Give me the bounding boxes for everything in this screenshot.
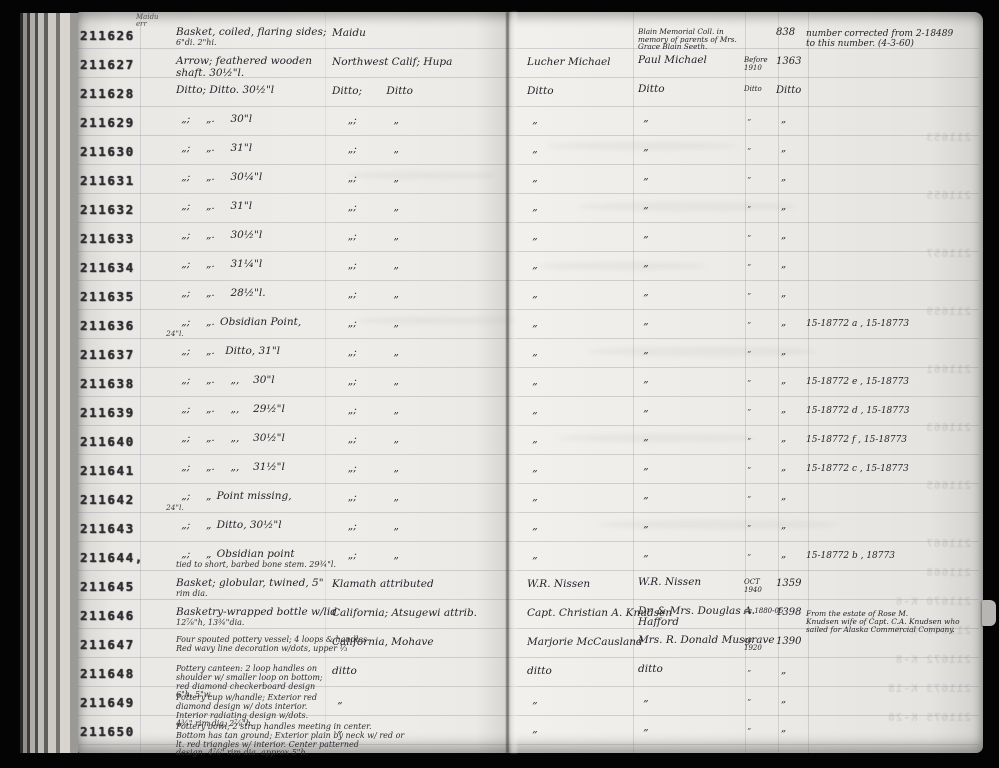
- catalog-number-stamp: 211649: [80, 695, 135, 710]
- catalog-number-stamp: 211633: [80, 231, 135, 246]
- description-cell: „; „. 31"l: [176, 201, 252, 213]
- catalog-number-stamp: 211627: [80, 57, 135, 72]
- locality-cell: „; „: [332, 201, 399, 213]
- catalog-number-stamp: 211637: [80, 347, 135, 362]
- collector-cell: „: [527, 143, 538, 155]
- donor-cell: Blain Memorial Coll. in memory of parent…: [638, 26, 737, 51]
- locality-cell: „; „: [332, 433, 399, 445]
- date-cell: „: [744, 434, 751, 442]
- description-text: „; „. „, 29½"l: [176, 404, 285, 416]
- catalog-number-stamp: 211630: [80, 144, 135, 159]
- remarks-cell: 15-18772 a , 15-18773: [806, 320, 909, 330]
- description-text: Basket; globular, twined, 5": [176, 578, 324, 590]
- date-cell: „: [744, 550, 751, 558]
- catalog-number-stamp: 211634: [80, 260, 135, 275]
- accession-number-cell: 838: [776, 27, 795, 38]
- accession-number-cell: „: [776, 404, 786, 415]
- date-cell: „: [744, 463, 751, 471]
- accession-number-cell: „: [776, 172, 786, 183]
- description-cell: Basketry-wrapped bottle w/lid 12⅞"h, 13¾…: [176, 607, 337, 627]
- collector-cell: „: [527, 317, 538, 329]
- collector-cell: „: [527, 694, 538, 706]
- donor-cell: „: [638, 461, 649, 474]
- collector-cell: Lucher Michael: [527, 56, 611, 68]
- locality-cell: California, Mohave: [332, 636, 434, 648]
- collector-cell: ditto: [527, 665, 552, 677]
- ledger-row: 211638 „; „. „, 30"l „; „ „ „ „ „ 15-187…: [0, 374, 999, 403]
- catalog-number-stamp: 211632: [80, 202, 135, 217]
- collector-cell: „: [527, 549, 538, 561]
- donor-text: „: [638, 171, 649, 182]
- description-detail-text: 6"di. 2"hi.: [176, 39, 326, 48]
- collector-cell: „: [527, 520, 538, 532]
- description-cell: „; „. 30"l: [176, 114, 252, 126]
- pencil-annotation: 24"l.: [166, 503, 184, 512]
- accession-number-cell: 1363: [776, 56, 801, 67]
- description-text: Ditto; Ditto. 30½"l: [176, 85, 274, 97]
- description-cell: „; „. 30½"l: [176, 230, 262, 242]
- ledger-row: 211650 Pottery bowl; 2 strap handles mee…: [0, 722, 999, 751]
- collector-cell: „: [527, 491, 538, 503]
- locality-cell: „; „: [332, 317, 399, 329]
- catalog-number-stamp: 211642: [80, 492, 135, 507]
- catalog-number-stamp: 211650: [80, 724, 135, 739]
- accession-number-cell: Ditto: [776, 85, 801, 96]
- donor-cell: „: [638, 345, 649, 358]
- collector-cell: „: [527, 346, 538, 358]
- accession-number-cell: „: [776, 346, 786, 357]
- ledger-rows: 211626 Maidu err Basket, coiled, flaring…: [0, 0, 999, 768]
- catalog-number-stamp: 211635: [80, 289, 135, 304]
- date-cell: „: [744, 695, 751, 703]
- donor-cell: „: [638, 432, 649, 445]
- locality-cell: „; „: [332, 172, 399, 184]
- ledger-row: 211626 Maidu err Basket, coiled, flaring…: [0, 26, 999, 55]
- catalog-number-stamp: 211636: [80, 318, 135, 333]
- ledger-row: 211639 „; „. „, 29½"l „; „ „ „ „ „ 15-18…: [0, 403, 999, 432]
- donor-cell: „: [638, 316, 649, 329]
- donor-cell: „: [638, 403, 649, 416]
- ledger-row: 211629 „; „. 30"l „; „ „ „ „ „: [0, 113, 999, 142]
- date-cell: „: [744, 492, 751, 500]
- date-cell: „: [744, 666, 751, 674]
- collector-cell: „: [527, 433, 538, 445]
- collector-cell: „: [527, 375, 538, 387]
- donor-cell: „: [638, 374, 649, 387]
- donor-cell: ditto: [638, 664, 663, 677]
- ledger-row: 211643 „; „ Ditto, 30½"l „; „ „ „ „ „: [0, 519, 999, 548]
- ledger-row: 211627 Arrow; feathered wooden shaft. 30…: [0, 55, 999, 84]
- accession-number-cell: 1390: [776, 636, 801, 647]
- donor-text: Ditto: [638, 84, 665, 95]
- remarks-cell: 15-18772 f , 15-18773: [806, 436, 907, 446]
- date-cell: OCT 1940: [744, 579, 762, 594]
- catalog-number-stamp: 211645: [80, 579, 135, 594]
- locality-cell: „; „: [332, 549, 399, 561]
- donor-text: „: [638, 490, 649, 501]
- accession-number-cell: „: [776, 665, 786, 676]
- description-cell: „; „. Obsidian Point,: [176, 317, 301, 329]
- accession-number-cell: „: [776, 259, 786, 270]
- accession-number-cell: 1359: [776, 578, 801, 589]
- description-text: „; „. „, 30½"l: [176, 433, 285, 445]
- description-cell: „; „ Obsidian point tied to short, barbe…: [176, 549, 336, 569]
- catalog-number-stamp: 211631: [80, 173, 135, 188]
- ledger-row: 211633 „; „. 30½"l „; „ „ „ „ „: [0, 229, 999, 258]
- ledger-row: 211642 24"l. „; „ Point missing, „; „ „ …: [0, 490, 999, 519]
- description-detail-text: 12⅞"h, 13¾"dia.: [176, 619, 337, 628]
- catalog-number-stamp: 211641: [80, 463, 135, 478]
- description-cell: Basket, coiled, flaring sides; 6"di. 2"h…: [176, 27, 326, 47]
- donor-cell: „: [638, 171, 649, 184]
- accession-number-cell: „: [776, 462, 786, 473]
- description-text: „; „. 28½"l.: [176, 288, 266, 300]
- description-text: „; „. 31"l: [176, 143, 252, 155]
- donor-cell: „: [638, 258, 649, 271]
- description-cell: „; „. „, 31½"l: [176, 462, 285, 474]
- date-cell: „: [744, 115, 751, 123]
- description-cell: „; „. Ditto, 31"l: [176, 346, 280, 358]
- donor-cell: „: [638, 113, 649, 126]
- donor-cell: „: [638, 287, 649, 300]
- date-cell: „: [744, 231, 751, 239]
- collector-cell: W.R. Nissen: [527, 578, 590, 590]
- accession-number-cell: „: [776, 375, 786, 386]
- donor-text: „: [638, 548, 649, 559]
- donor-text: ditto: [638, 664, 663, 675]
- donor-text: „: [638, 403, 649, 414]
- description-text: „; „. Obsidian Point,: [176, 317, 301, 329]
- donor-cell: Ditto: [638, 84, 665, 97]
- collector-cell: „: [527, 201, 538, 213]
- description-text: Basketry-wrapped bottle w/lid: [176, 607, 337, 619]
- date-cell: „: [744, 347, 751, 355]
- ledger-row: 211632 „; „. 31"l „; „ „ „ „ „: [0, 200, 999, 229]
- description-text: Arrow; feathered wooden shaft. 30½"l.: [176, 56, 312, 79]
- ledger-row: 211647 Four spouted pottery vessel; 4 lo…: [0, 635, 999, 664]
- ledger-row: 211634 „; „. 31¼"l „; „ „ „ „ „: [0, 258, 999, 287]
- ledger-row: 211630 „; „. 31"l „; „ „ „ „ „: [0, 142, 999, 171]
- catalog-number-stamp: 211644,: [80, 550, 144, 565]
- donor-text: „: [638, 142, 649, 153]
- donor-text: „: [638, 722, 649, 733]
- ledger-row: 211628 Ditto; Ditto. 30½"l Ditto; Ditto …: [0, 84, 999, 113]
- donor-note-text: Blain Memorial Coll. in memory of parent…: [638, 28, 737, 51]
- donor-text: „: [638, 258, 649, 269]
- catalog-number-stamp: 211646: [80, 608, 135, 623]
- date-cell: „: [744, 173, 751, 181]
- locality-cell: Klamath attributed: [332, 578, 434, 590]
- accession-number-cell: „: [776, 491, 786, 502]
- pencil-annotation: Maidu err: [136, 14, 159, 28]
- date-cell: „: [744, 521, 751, 529]
- remarks-text: 15-18772 e , 15-18773: [806, 378, 909, 388]
- description-cell: „; „. 30¼"l: [176, 172, 262, 184]
- description-text: „; „. „, 30"l: [176, 375, 275, 387]
- donor-cell: „: [638, 519, 649, 532]
- catalog-number-stamp: 211629: [80, 115, 135, 130]
- donor-text: „: [638, 316, 649, 327]
- collector-cell: „: [527, 723, 538, 735]
- date-cell: „: [744, 405, 751, 413]
- collector-cell: „: [527, 172, 538, 184]
- donor-cell: W.R. Nissen: [638, 577, 701, 590]
- locality-cell: „: [332, 723, 343, 735]
- ledger-row: 211644, „; „ Obsidian point tied to shor…: [0, 548, 999, 577]
- collector-cell: Marjorie McCausland: [527, 636, 643, 648]
- description-text: „; „. 30½"l: [176, 230, 262, 242]
- description-detail-text: tied to short, barbed bone stem. 29¾"l.: [176, 561, 336, 570]
- description-text: „; „. „, 31½"l: [176, 462, 285, 474]
- donor-text: „: [638, 519, 649, 530]
- description-cell: „; „ Point missing,: [176, 491, 292, 503]
- description-text: „; „ Point missing,: [176, 491, 292, 503]
- remarks-cell: 15-18772 e , 15-18773: [806, 378, 909, 388]
- pencil-annotation: 24"l.: [166, 329, 184, 338]
- locality-cell: „; „: [332, 114, 399, 126]
- donor-cell: „: [638, 722, 649, 735]
- description-text: „; „. 30¼"l: [176, 172, 262, 184]
- locality-cell: California; Atsugewi attrib.: [332, 607, 477, 619]
- catalog-number-stamp: 211648: [80, 666, 135, 681]
- donor-text: W.R. Nissen: [638, 577, 701, 588]
- description-cell: „; „. 28½"l.: [176, 288, 266, 300]
- collector-cell: „: [527, 259, 538, 271]
- accession-number-cell: „: [776, 694, 786, 705]
- donor-text: „: [638, 461, 649, 472]
- catalog-number-stamp: 211647: [80, 637, 135, 652]
- date-cell: „: [744, 724, 751, 732]
- collector-cell: Ditto: [527, 85, 554, 97]
- catalog-number-stamp: 211643: [80, 521, 135, 536]
- accession-number-cell: „: [776, 549, 786, 560]
- locality-cell: „; „: [332, 491, 399, 503]
- donor-cell: „: [638, 142, 649, 155]
- description-cell: „; „. „, 30½"l: [176, 433, 285, 445]
- locality-cell: Northwest Calif; Hupa: [332, 56, 452, 68]
- locality-cell: ditto: [332, 665, 357, 677]
- donor-text: „: [638, 374, 649, 385]
- catalog-number-stamp: 211626: [80, 28, 135, 43]
- donor-cell: Paul Michael: [638, 55, 707, 68]
- remarks-text: number corrected from 2-18489 to this nu…: [806, 30, 953, 49]
- ledger-row: 211641 „; „. „, 31½"l „; „ „ „ „ „ 15-18…: [0, 461, 999, 490]
- description-text: „; „ Ditto, 30½"l: [176, 520, 282, 532]
- locality-cell: „; „: [332, 346, 399, 358]
- locality-cell: „; „: [332, 462, 399, 474]
- locality-cell: „; „: [332, 259, 399, 271]
- description-cell: Basket; globular, twined, 5" rim dia.: [176, 578, 324, 598]
- donor-cell: „: [638, 693, 649, 706]
- description-detail-text: rim dia.: [176, 590, 324, 599]
- locality-cell: „; „: [332, 404, 399, 416]
- accession-number-cell: „: [776, 114, 786, 125]
- locality-cell: „; „: [332, 288, 399, 300]
- description-cell: Pottery bowl; 2 strap handles meeting in…: [176, 723, 404, 758]
- locality-cell: Maidu: [332, 27, 366, 39]
- remarks-cell: 15-18772 d , 15-18773: [806, 407, 909, 417]
- donor-cell: „: [638, 548, 649, 561]
- ledger-row: 211637 „; „. Ditto, 31"l „; „ „ „ „ „: [0, 345, 999, 374]
- donor-text: Dr. & Mrs. Douglas A. Hafford: [638, 606, 755, 628]
- donor-text: „: [638, 287, 649, 298]
- date-cell: „: [744, 318, 751, 326]
- accession-number-cell: „: [776, 520, 786, 531]
- catalog-number-stamp: 211640: [80, 434, 135, 449]
- description-text: „; „. Ditto, 31"l: [176, 346, 280, 358]
- locality-cell: Ditto; Ditto: [332, 85, 413, 97]
- accession-number-cell: „: [776, 230, 786, 241]
- description-cell: „; „ Ditto, 30½"l: [176, 520, 282, 532]
- remarks-note-text: From the estate of Rose M. Knudsen wife …: [806, 610, 960, 634]
- description-cell: „; „. 31"l: [176, 143, 252, 155]
- locality-cell: „: [332, 694, 343, 706]
- donor-text: „: [638, 432, 649, 443]
- description-text: „; „. 30"l: [176, 114, 252, 126]
- description-text: „; „. 31"l: [176, 201, 252, 213]
- accession-number-cell: „: [776, 201, 786, 212]
- catalog-number-stamp: 211628: [80, 86, 135, 101]
- donor-text: „: [638, 345, 649, 356]
- locality-cell: „; „: [332, 375, 399, 387]
- donor-text: „: [638, 200, 649, 211]
- locality-cell: „; „: [332, 230, 399, 242]
- ledger-row: 211640 „; „. „, 30½"l „; „ „ „ „ „ 15-18…: [0, 432, 999, 461]
- donor-cell: „: [638, 490, 649, 503]
- collector-cell: „: [527, 230, 538, 242]
- description-text: Basket, coiled, flaring sides;: [176, 27, 326, 39]
- description-cell: „; „. 31¼"l: [176, 259, 262, 271]
- remarks-text: 15-18772 d , 15-18773: [806, 407, 909, 417]
- description-text: „; „. 31¼"l: [176, 259, 262, 271]
- locality-cell: „; „: [332, 520, 399, 532]
- date-cell: Ditto: [744, 86, 762, 94]
- donor-text: „: [638, 113, 649, 124]
- remarks-text: 15-18772 c , 15-18773: [806, 465, 909, 475]
- remarks-text: 15-18772 f , 15-18773: [806, 436, 907, 446]
- ledger-row: 211635 „; „. 28½"l. „; „ „ „ „ „: [0, 287, 999, 316]
- date-cell: „: [744, 376, 751, 384]
- ledger-row: 211649 Pottery cup w/handle; Exterior re…: [0, 693, 999, 722]
- description-cell: Ditto; Ditto. 30½"l: [176, 85, 274, 97]
- description-cell: „; „. „, 30"l: [176, 375, 275, 387]
- description-cell: Arrow; feathered wooden shaft. 30½"l.: [176, 56, 312, 79]
- remarks-text: 15-18772 b , 18773: [806, 552, 895, 562]
- remarks-cell: number corrected from 2-18489 to this nu…: [806, 30, 953, 49]
- date-cell: „: [744, 260, 751, 268]
- donor-cell: Dr. & Mrs. Douglas A. Hafford: [638, 606, 755, 630]
- remarks-cell: From the estate of Rose M. Knudsen wife …: [806, 610, 960, 634]
- accession-number-cell: 1398: [776, 607, 801, 618]
- date-cell: ca. 1920: [744, 637, 762, 652]
- remarks-cell: 15-18772 b , 18773: [806, 552, 895, 562]
- collector-cell: „: [527, 288, 538, 300]
- ledger-photo: 211626 Maidu err Basket, coiled, flaring…: [0, 0, 999, 768]
- accession-number-cell: „: [776, 723, 786, 734]
- date-cell: „: [744, 202, 751, 210]
- description-detail-text: Pottery bowl; 2 strap handles meeting in…: [176, 723, 404, 758]
- collector-cell: „: [527, 404, 538, 416]
- catalog-number-stamp: 211638: [80, 376, 135, 391]
- date-cell: „: [744, 144, 751, 152]
- donor-text: „: [638, 229, 649, 240]
- accession-number-cell: „: [776, 317, 786, 328]
- catalog-number-stamp: 211639: [80, 405, 135, 420]
- date-cell: „: [744, 289, 751, 297]
- donor-text: Paul Michael: [638, 55, 707, 66]
- ledger-row: 211646 Basketry-wrapped bottle w/lid 12⅞…: [0, 606, 999, 635]
- donor-cell: „: [638, 229, 649, 242]
- remarks-text: 15-18772 a , 15-18773: [806, 320, 909, 330]
- donor-cell: „: [638, 200, 649, 213]
- locality-cell: „; „: [332, 143, 399, 155]
- description-cell: „; „. „, 29½"l: [176, 404, 285, 416]
- accession-number-cell: „: [776, 288, 786, 299]
- date-cell: Before 1910: [744, 57, 768, 72]
- ledger-row: 211636 24"l. „; „. Obsidian Point, „; „ …: [0, 316, 999, 345]
- ledger-row: 211648 Pottery canteen: 2 loop handles o…: [0, 664, 999, 693]
- ledger-row: 211645 Basket; globular, twined, 5" rim …: [0, 577, 999, 606]
- ledger-row: 211631 „; „. 30¼"l „; „ „ „ „ „: [0, 171, 999, 200]
- donor-text: „: [638, 693, 649, 704]
- remarks-cell: 15-18772 c , 15-18773: [806, 465, 909, 475]
- collector-cell: „: [527, 114, 538, 126]
- accession-number-cell: „: [776, 433, 786, 444]
- accession-number-cell: „: [776, 143, 786, 154]
- collector-cell: „: [527, 462, 538, 474]
- description-text: „; „ Obsidian point: [176, 549, 336, 561]
